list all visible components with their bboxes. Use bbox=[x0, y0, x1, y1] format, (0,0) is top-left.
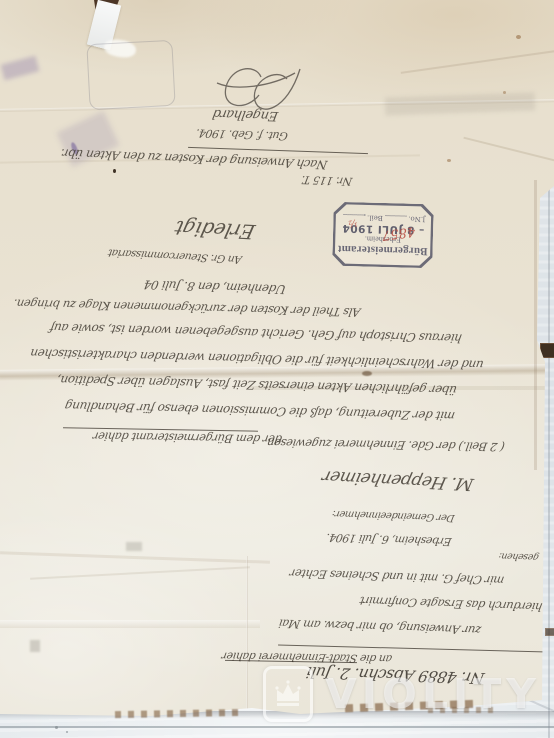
handwriting-line: mir Chef G. mit in und Scheines Echter bbox=[245, 565, 549, 589]
stamp-office-name: Bürgermeisteramt bbox=[337, 243, 427, 257]
wood-speck bbox=[66, 731, 68, 733]
smudge bbox=[126, 542, 142, 551]
ink-showthrough bbox=[1, 56, 40, 81]
handwriting-line: Udenheim, den 8. Juli 04 bbox=[94, 276, 336, 298]
handwriting-line: ( 2 Beil.) der Gde. Einnehmerei zugewies… bbox=[249, 436, 523, 455]
stain-spot bbox=[447, 159, 451, 162]
plank-gap bbox=[0, 726, 554, 728]
watermark: VIOLITY bbox=[263, 666, 541, 722]
stamp-beil-label: Beil. bbox=[367, 213, 383, 222]
diagonal-crease bbox=[30, 566, 250, 580]
diagonal-crease bbox=[401, 48, 554, 74]
crease bbox=[0, 551, 270, 563]
wood-speck bbox=[55, 726, 58, 729]
crown-icon bbox=[273, 679, 303, 709]
wood-crack-small bbox=[545, 628, 554, 636]
smudge bbox=[30, 640, 40, 652]
letter-paper: Engelhard Gut. f. Geb. 1904. Nach Anweis… bbox=[0, 0, 554, 738]
handwriting-line: Als Theil der Kosten der zurückgenommene… bbox=[5, 296, 369, 319]
handwriting-line: mit der Zubereitung, daß die Commissione… bbox=[7, 397, 513, 424]
handwriting-line: Gut. f. Geb. 1904. bbox=[177, 126, 307, 143]
handwriting-line: zur Anweisung, ob mir bezw. am Mai bbox=[212, 614, 548, 640]
handwriting-line: Engelhard bbox=[202, 106, 290, 124]
handwriting-line: hierdurch das Ersagte Confirmirt bbox=[354, 594, 548, 615]
handwriting-line: An Gr. Steuercommissariat bbox=[85, 245, 265, 266]
right-edge-fold bbox=[534, 180, 537, 470]
handwriting-line: gesehen: bbox=[489, 550, 549, 563]
stamp-red-fraction: ½ bbox=[346, 216, 358, 229]
handwriting-line: Erbesheim, 6. Juli 1904. bbox=[299, 530, 479, 549]
handwriting-line: Erledigt bbox=[157, 215, 272, 245]
crown-badge bbox=[263, 666, 313, 722]
watermark-text: VIOLITY bbox=[325, 670, 541, 718]
vertical-fold bbox=[246, 556, 248, 716]
office-stamp: Bürgermeisteramt Erbesheim. – 8 JULI 190… bbox=[332, 202, 434, 269]
embossed-stamp-impression bbox=[86, 40, 175, 110]
plank-gap-vertical bbox=[548, 185, 550, 738]
fold-tear-spot bbox=[362, 371, 372, 376]
stamp-dotted-line bbox=[385, 216, 407, 224]
office-stamp-face: Bürgermeisteramt Erbesheim. – 8 JULI 190… bbox=[335, 204, 432, 266]
handwriting-line: über gefährlichen Akten einerseits Zeit … bbox=[0, 371, 515, 398]
ink-showthrough bbox=[385, 92, 536, 115]
handwriting-line: Der Gemeindeeinnehmer: bbox=[325, 508, 462, 524]
handwriting-signature: M. Heppenheimer bbox=[311, 466, 485, 495]
handwriting-line: Nr. 115 T. bbox=[292, 173, 362, 188]
ink-speck bbox=[113, 169, 116, 173]
stain-spot bbox=[516, 35, 521, 39]
stamp-jno-label: J.No. bbox=[408, 214, 425, 223]
handwriting-line: hieraus Christoph auf Geh. Gericht ausge… bbox=[0, 319, 513, 346]
stain-spot bbox=[503, 91, 506, 94]
handwriting-line: und der Wahrscheinlichkeit für die Oblig… bbox=[0, 345, 515, 372]
handwriting-line: Nach Anweisung der Kosten zu den Akten ü… bbox=[19, 144, 369, 173]
diagonal-crease bbox=[463, 137, 554, 166]
photo-of-document: Engelhard Gut. f. Geb. 1904. Nach Anweis… bbox=[0, 0, 554, 738]
